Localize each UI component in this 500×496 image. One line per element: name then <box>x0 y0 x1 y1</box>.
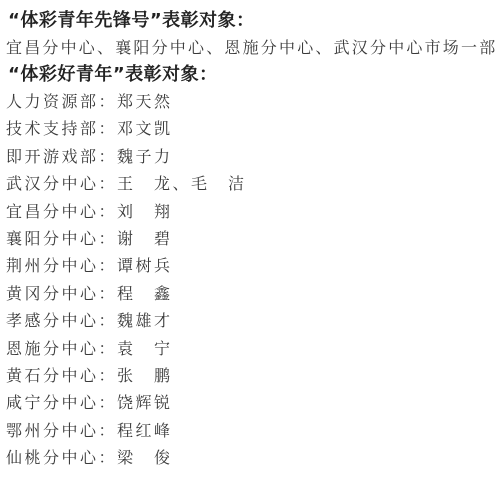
honoree-name: 袁 宁 <box>117 336 173 359</box>
honoree-name: 郑天然 <box>117 89 173 112</box>
department-label: 黄冈分中心： <box>6 281 117 304</box>
list-item: 技术支持部：邓文凯 <box>6 116 173 139</box>
list-item: 鄂州分中心：程红峰 <box>6 418 173 441</box>
list-item: 襄阳分中心：谢 碧 <box>6 226 173 249</box>
list-item: 武汉分中心：王 龙、毛 洁 <box>6 171 247 194</box>
department-label: 宜昌分中心： <box>6 199 117 222</box>
department-label: 黄石分中心： <box>6 363 117 386</box>
list-item: 人力资源部：郑天然 <box>6 89 173 112</box>
department-label: 恩施分中心： <box>6 336 117 359</box>
honoree-name: 饶辉锐 <box>117 390 173 413</box>
honoree-name: 张 鹏 <box>117 363 173 386</box>
department-label: 咸宁分中心： <box>6 390 117 413</box>
honoree-name: 谭树兵 <box>117 253 173 276</box>
department-label: 仙桃分中心： <box>6 445 117 468</box>
list-item: 孝感分中心：魏雄才 <box>6 308 173 331</box>
heading-youth-pioneer: “体彩青年先锋号”表彰对象： <box>8 6 255 32</box>
list-item: 仙桃分中心：梁 俊 <box>6 445 173 468</box>
honoree-name: 程红峰 <box>117 418 173 441</box>
department-label: 人力资源部： <box>6 89 117 112</box>
department-label: 荆州分中心： <box>6 253 117 276</box>
honoree-name: 魏雄才 <box>117 308 173 331</box>
list-item: 黄石分中心：张 鹏 <box>6 363 173 386</box>
heading-good-youth: “体彩好青年”表彰对象： <box>8 60 218 86</box>
department-label: 孝感分中心： <box>6 308 117 331</box>
honoree-name: 魏子力 <box>117 144 173 167</box>
department-label: 襄阳分中心： <box>6 226 117 249</box>
honoree-name: 王 龙、毛 洁 <box>117 171 247 194</box>
list-item: 宜昌分中心：刘 翔 <box>6 199 173 222</box>
department-label: 鄂州分中心： <box>6 418 117 441</box>
honoree-name: 程 鑫 <box>117 281 173 304</box>
department-label: 武汉分中心： <box>6 171 117 194</box>
honoree-name: 刘 翔 <box>117 199 173 222</box>
department-label: 技术支持部： <box>6 116 117 139</box>
pioneer-honorees: 宜昌分中心、襄阳分中心、恩施分中心、武汉分中心市场一部 <box>6 35 497 58</box>
honoree-name: 邓文凯 <box>117 116 173 139</box>
honoree-name: 梁 俊 <box>117 445 173 468</box>
list-item: 咸宁分中心：饶辉锐 <box>6 390 173 413</box>
list-item: 恩施分中心：袁 宁 <box>6 336 173 359</box>
list-item: 即开游戏部：魏子力 <box>6 144 173 167</box>
honoree-name: 谢 碧 <box>117 226 173 249</box>
department-label: 即开游戏部： <box>6 144 117 167</box>
list-item: 黄冈分中心：程 鑫 <box>6 281 173 304</box>
list-item: 荆州分中心：谭树兵 <box>6 253 173 276</box>
